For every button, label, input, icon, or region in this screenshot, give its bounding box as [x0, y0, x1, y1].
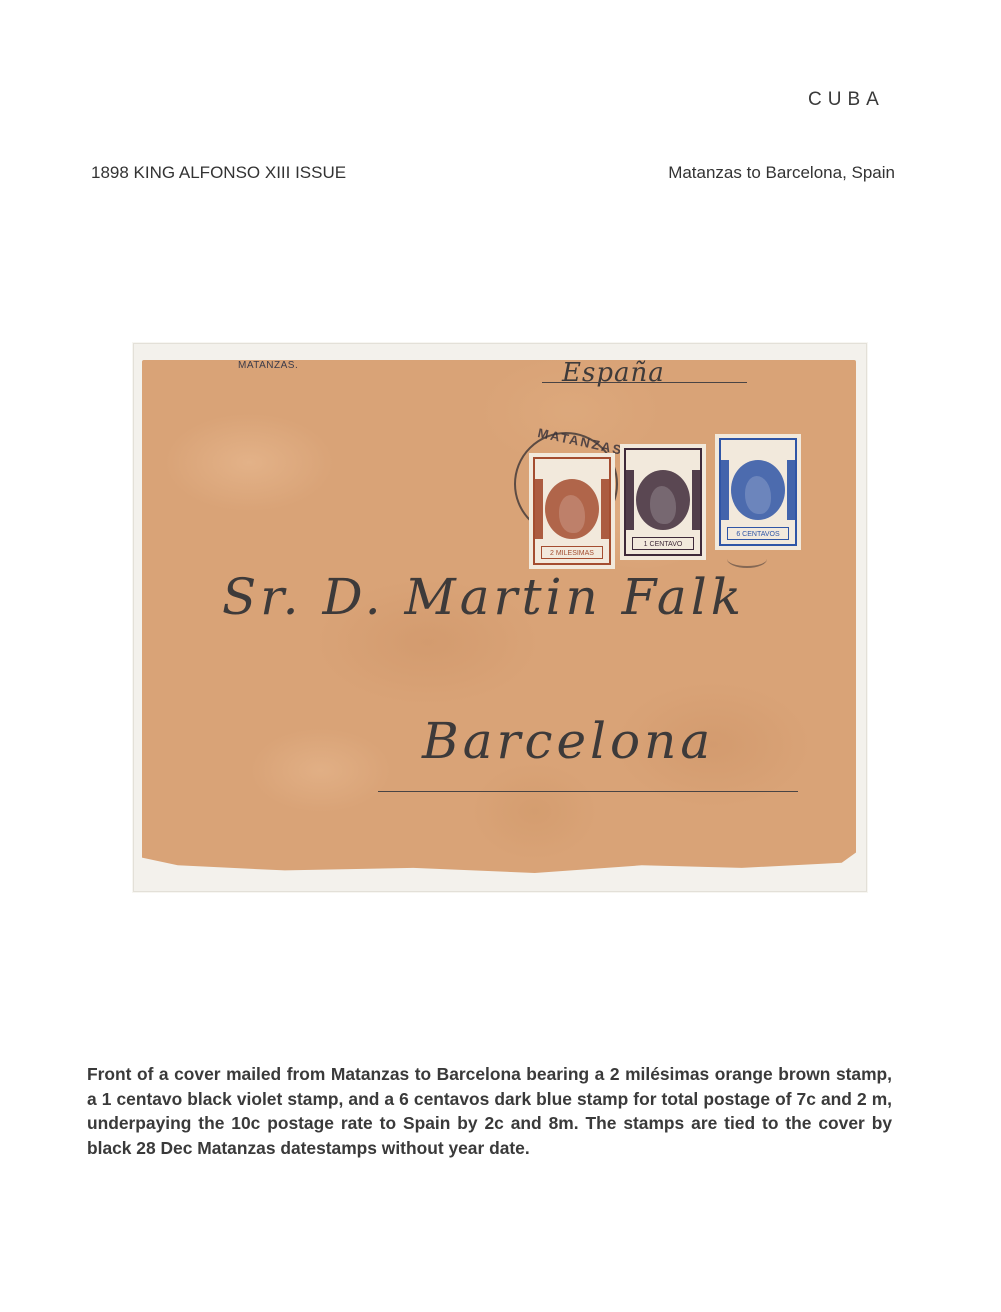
album-mount: MATANZAS. España MATANZAS CUBA-1898-99 2… — [133, 343, 867, 892]
handwritten-addressee: Sr. D. Martin Falk — [222, 568, 745, 626]
stamp-header: CUBA-1898-99 — [632, 454, 694, 466]
stamp-value: 1 CENTAVO — [632, 537, 694, 550]
country-underline — [542, 382, 747, 383]
partial-datestamp — [727, 550, 767, 568]
stamp-header: CUBA-1898-99 — [541, 463, 603, 475]
city-underline — [378, 791, 798, 792]
stamp-6-centavos: CUBA-1898-99 6 CENTAVOS — [715, 434, 801, 550]
issue-title: 1898 KING ALFONSO XIII ISSUE — [91, 163, 346, 183]
stamp-2-milesimas: CUBA-1898-99 2 MILESIMAS — [529, 453, 615, 569]
stamp-header: CUBA-1898-99 — [727, 444, 789, 456]
stamp-1-centavo: CUBA-1898-99 1 CENTAVO — [620, 444, 706, 560]
country-heading: CUBA — [808, 89, 885, 111]
cover-description: Front of a cover mailed from Matanzas to… — [87, 1062, 892, 1160]
route-title: Matanzas to Barcelona, Spain — [668, 163, 895, 183]
printed-town-imprint: MATANZAS. — [238, 360, 298, 371]
handwritten-city: Barcelona — [422, 712, 714, 770]
cover-front: MATANZAS. España MATANZAS CUBA-1898-99 2… — [142, 360, 856, 873]
stamp-value: 6 CENTAVOS — [727, 527, 789, 540]
stamp-value: 2 MILESIMAS — [541, 546, 603, 559]
handwritten-destination-country: España — [562, 358, 665, 388]
